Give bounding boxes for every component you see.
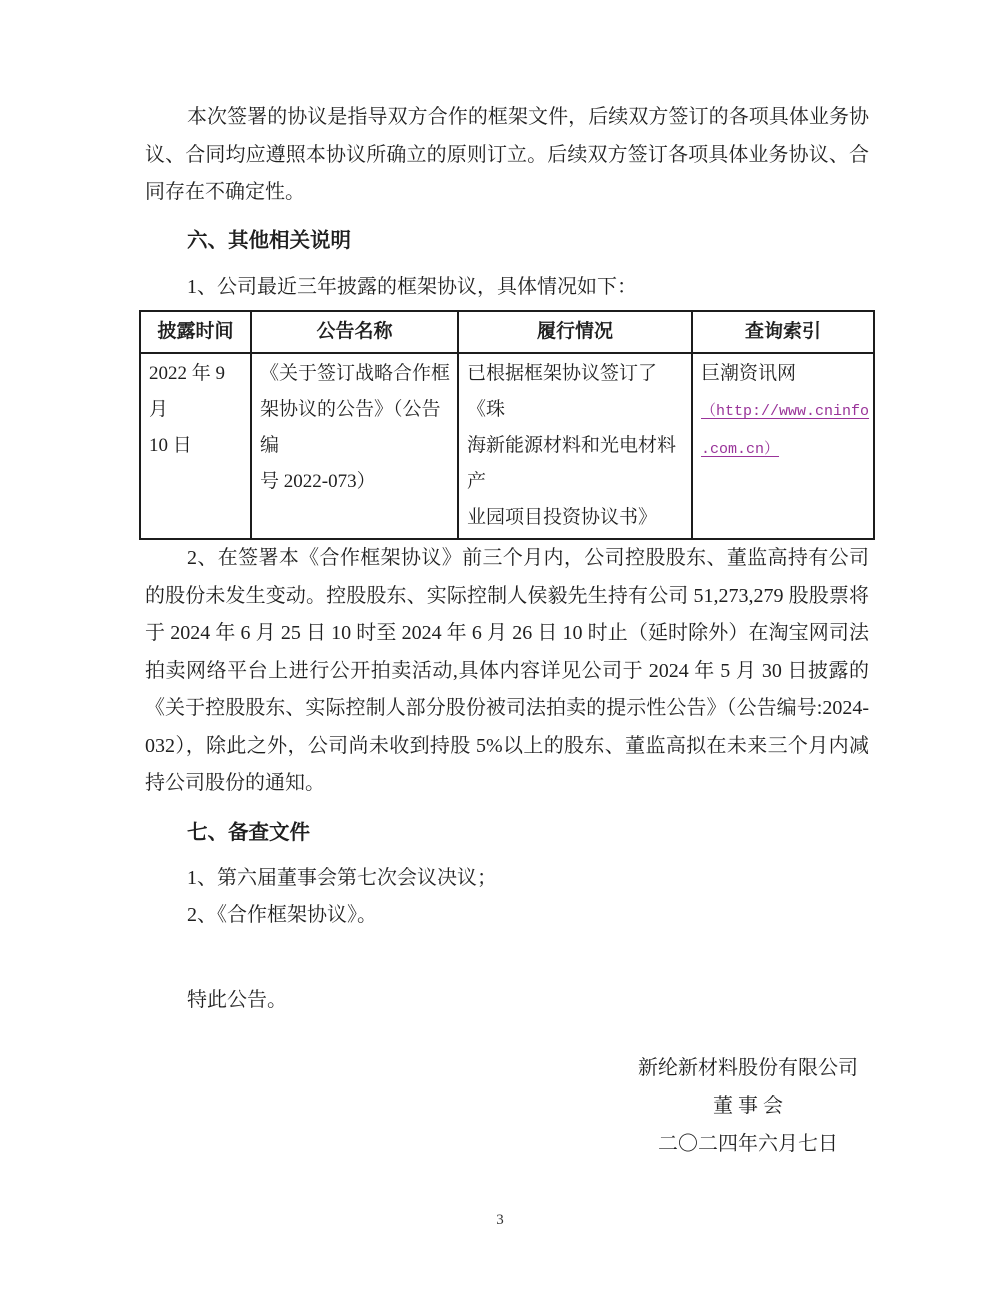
table-header-announcement-name: 公告名称 (251, 311, 458, 353)
disclosure-table: 披露时间 公告名称 履行情况 查询索引 2022 年 9 月 10 日 《关于签… (139, 310, 875, 540)
section-7-item-2: 2、《合作框架协议》。 (145, 897, 869, 935)
closing-statement: 特此公告。 (145, 982, 869, 1020)
table-header-row: 披露时间 公告名称 履行情况 查询索引 (140, 311, 874, 353)
cell-query-index: 巨潮资讯网（http://www.cninfo .com.cn） (692, 353, 874, 539)
table-row: 2022 年 9 月 10 日 《关于签订战略合作框 架协议的公告》（公告编 号… (140, 353, 874, 539)
section-7-item-1: 1、第六届董事会第七次会议决议； (145, 860, 869, 898)
section-6-title: 六、其他相关说明 (145, 222, 869, 260)
signature-block: 新纶新材料股份有限公司 董 事 会 二〇二四年六月七日 (628, 1049, 868, 1163)
cninfo-url-link[interactable]: （http://www.cninfo .com.cn） (701, 403, 869, 458)
table-header-disclosure-date: 披露时间 (140, 311, 251, 353)
intro-paragraph: 本次签署的协议是指导双方合作的框架文件，后续双方签订的各项具体业务协议、合同均应… (145, 99, 869, 212)
section-6-item-2: 2、在签署本《合作框架协议》前三个月内，公司控股股东、董监高持有公司的股份未发生… (145, 540, 869, 803)
table-header-performance: 履行情况 (458, 311, 692, 353)
cell-announcement-name: 《关于签订战略合作框 架协议的公告》（公告编 号 2022-073） (251, 353, 458, 539)
section-7-title: 七、备查文件 (145, 814, 869, 852)
signature-date: 二〇二四年六月七日 (628, 1125, 868, 1163)
section-6-item-1: 1、公司最近三年披露的框架协议，具体情况如下： (145, 269, 869, 307)
table-header-query-index: 查询索引 (692, 311, 874, 353)
cell-disclosure-date: 2022 年 9 月 10 日 (140, 353, 251, 539)
page-number: 3 (0, 1212, 1000, 1229)
cell-performance: 已根据框架协议签订了《珠 海新能源材料和光电材料产 业园项目投资协议书》 (458, 353, 692, 539)
document-page: 本次签署的协议是指导双方合作的框架文件，后续双方签订的各项具体业务协议、合同均应… (0, 0, 1000, 1294)
index-site-name: 巨潮资讯网 (701, 356, 871, 392)
document-content: 本次签署的协议是指导双方合作的框架文件，后续双方签订的各项具体业务协议、合同均应… (145, 0, 869, 1163)
signature-board: 董 事 会 (628, 1087, 868, 1125)
signature-company-name: 新纶新材料股份有限公司 (628, 1049, 868, 1087)
